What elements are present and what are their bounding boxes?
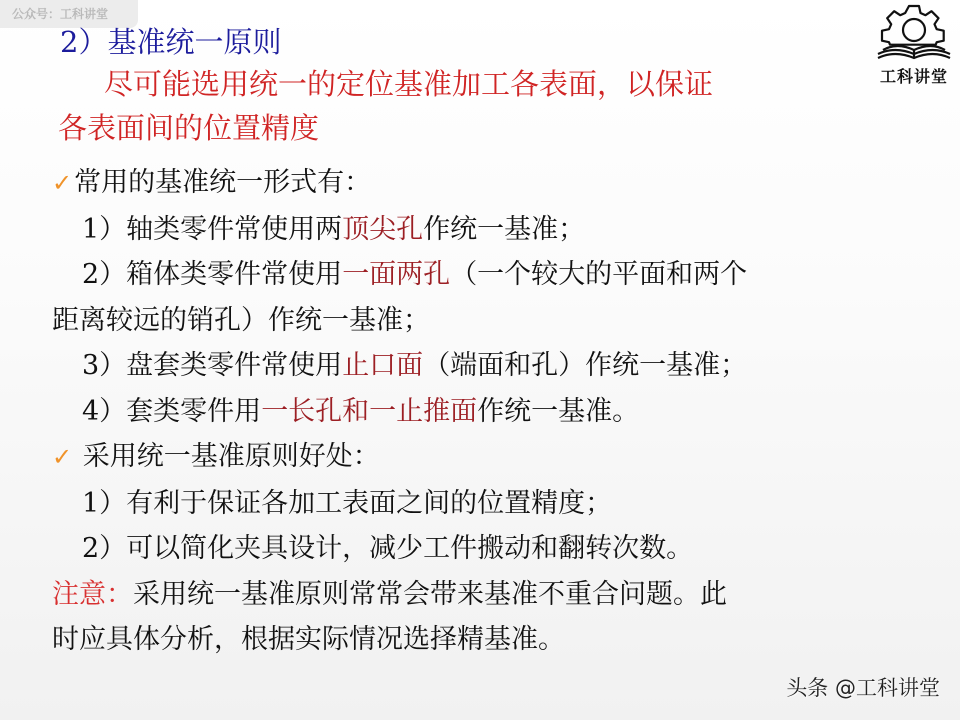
intro-text: 尽可能选用统一的定位基准加工各表面，以保证 各表面间的位置精度 (58, 62, 798, 150)
footer-attribution: 头条 @工科讲堂 (786, 672, 940, 702)
slide-content: ✓常用的基准统一形式有： 1）轴类零件常使用两顶尖孔作统一基准； 2）箱体类零件… (52, 160, 892, 663)
gear-book-icon (875, 4, 953, 62)
slide-title: 2）基准统一原则 (60, 20, 281, 61)
list-item: 1）轴类零件常使用两顶尖孔作统一基准； (52, 207, 892, 253)
list-item: 1）有利于保证各加工表面之间的位置精度； (52, 481, 892, 527)
note-label: 注意： (52, 579, 133, 610)
list-item: 3）盘套类零件常使用止口面（端面和孔）作统一基准； (52, 343, 892, 389)
logo: 工科讲堂 (874, 4, 954, 92)
check-icon: ✓ (52, 169, 72, 197)
logo-text: 工科讲堂 (874, 64, 954, 87)
list-item: 2）箱体类零件常使用一面两孔（一个较大的平面和两个 (52, 252, 892, 298)
section1-heading: ✓常用的基准统一形式有： (52, 160, 892, 207)
note: 注意：采用统一基准原则常常会带来基准不重合问题。此 (52, 572, 892, 618)
intro-line-2: 各表面间的位置精度 (58, 106, 798, 150)
intro-line-1: 尽可能选用统一的定位基准加工各表面，以保证 (58, 62, 798, 106)
list-item: 2）可以简化夹具设计，减少工件搬动和翻转次数。 (52, 526, 892, 572)
check-icon: ✓ (52, 443, 72, 471)
note-continuation: 时应具体分析，根据实际情况选择精基准。 (52, 617, 892, 663)
list-item-continuation: 距离较远的销孔）作统一基准； (52, 298, 892, 344)
section2-heading: ✓ 采用统一基准原则好处： (52, 434, 892, 481)
list-item: 4）套类零件用一长孔和一止推面作统一基准。 (52, 389, 892, 435)
